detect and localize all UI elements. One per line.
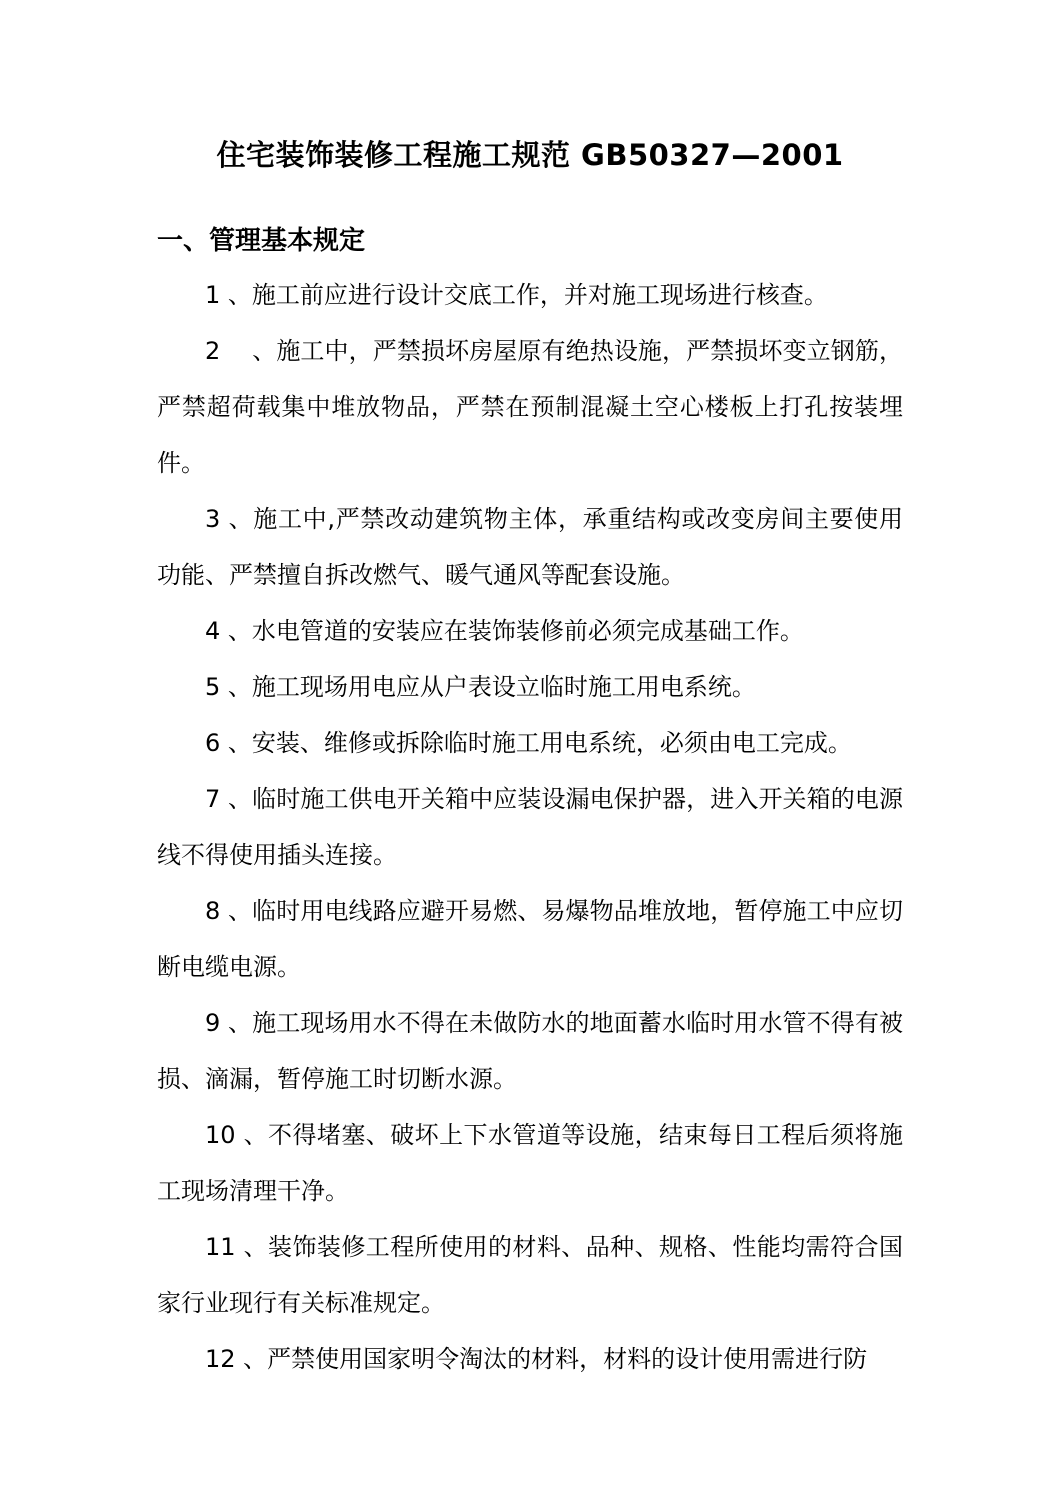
document-page: 住宅装饰装修工程施工规范 GB50327—2001 一、管理基本规定 1 、施工… <box>0 0 1059 1497</box>
paragraph-6: 6 、安装、维修或拆除临时施工用电系统，必须由电工完成。 <box>157 715 903 771</box>
paragraph-12: 12 、严禁使用国家明令淘汰的材料，材料的设计使用需进行防 <box>157 1331 903 1387</box>
paragraph-5: 5 、施工现场用电应从户表设立临时施工用电系统。 <box>157 659 903 715</box>
paragraph-2: 2 、施工中，严禁损坏房屋原有绝热设施，严禁损坏变立钢筋，严禁超荷载集中堆放物品… <box>157 323 903 491</box>
document-title: 住宅装饰装修工程施工规范 GB50327—2001 <box>157 137 903 173</box>
section-heading: 一、管理基本规定 <box>157 221 903 261</box>
paragraph-8: 8 、临时用电线路应避开易燃、易爆物品堆放地，暂停施工中应切断电缆电源。 <box>157 883 903 995</box>
paragraph-3: 3 、施工中,严禁改动建筑物主体，承重结构或改变房间主要使用功能、严禁擅自拆改燃… <box>157 491 903 603</box>
paragraph-4: 4 、水电管道的安装应在装饰装修前必须完成基础工作。 <box>157 603 903 659</box>
paragraph-11: 11 、装饰装修工程所使用的材料、品种、规格、性能均需符合国家行业现行有关标准规… <box>157 1219 903 1331</box>
paragraph-7: 7 、临时施工供电开关箱中应装设漏电保护器，进入开关箱的电源线不得使用插头连接。 <box>157 771 903 883</box>
paragraph-10: 10 、不得堵塞、破坏上下水管道等设施，结束每日工程后须将施工现场清理干净。 <box>157 1107 903 1219</box>
paragraph-1: 1 、施工前应进行设计交底工作，并对施工现场进行核查。 <box>157 267 903 323</box>
paragraph-9: 9 、施工现场用水不得在未做防水的地面蓄水临时用水管不得有被损、滴漏，暂停施工时… <box>157 995 903 1107</box>
